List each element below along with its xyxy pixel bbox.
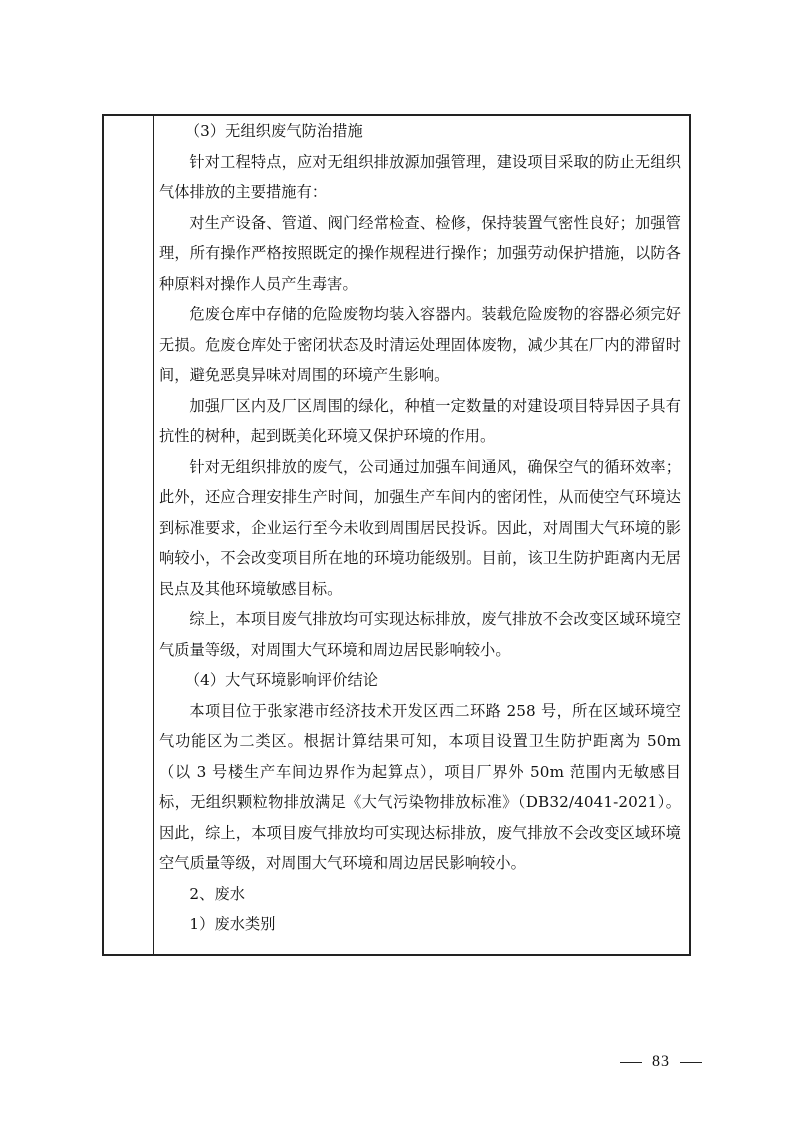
table-left-column [104, 116, 154, 954]
section-heading-wastewater: 2、废水 [159, 879, 681, 910]
paragraph: 加强厂区内及厂区周围的绿化，种植一定数量的对建设项目特异因子具有抗性的树种，起到… [159, 391, 681, 452]
paragraph: 针对工程特点，应对无组织排放源加强管理，建设项目采取的防止无组织气体排放的主要措… [159, 147, 681, 208]
section-heading-4: （4）大气环境影响评价结论 [154, 665, 681, 696]
page-number-text: 83 [652, 1053, 670, 1070]
content-table: （3）无组织废气防治措施 针对工程特点，应对无组织排放源加强管理，建设项目采取的… [102, 114, 691, 956]
dash-left [620, 1062, 642, 1063]
page-number: 83 [610, 1053, 712, 1071]
paragraph: 危废仓库中存储的危险废物均装入容器内。装载危险废物的容器必须完好无损。危废仓库处… [159, 299, 681, 391]
paragraph: 针对无组织排放的废气，公司通过加强车间通风，确保空气的循环效率；此外，还应合理安… [159, 452, 681, 605]
section-heading-3: （3）无组织废气防治措施 [154, 116, 681, 147]
paragraph: 对生产设备、管道、阀门经常检查、检修，保持装置气密性良好；加强管理，所有操作严格… [159, 208, 681, 300]
dash-right [680, 1062, 702, 1063]
subsection-heading-wastewater-category: 1）废水类别 [159, 909, 681, 940]
table-content-cell: （3）无组织废气防治措施 针对工程特点，应对无组织排放源加强管理，建设项目采取的… [159, 116, 681, 940]
paragraph: 综上，本项目废气排放均可实现达标排放，废气排放不会改变区域环境空气质量等级，对周… [159, 604, 681, 665]
paragraph: 本项目位于张家港市经济技术开发区西二环路 258 号，所在区域环境空气功能区为二… [159, 696, 681, 879]
